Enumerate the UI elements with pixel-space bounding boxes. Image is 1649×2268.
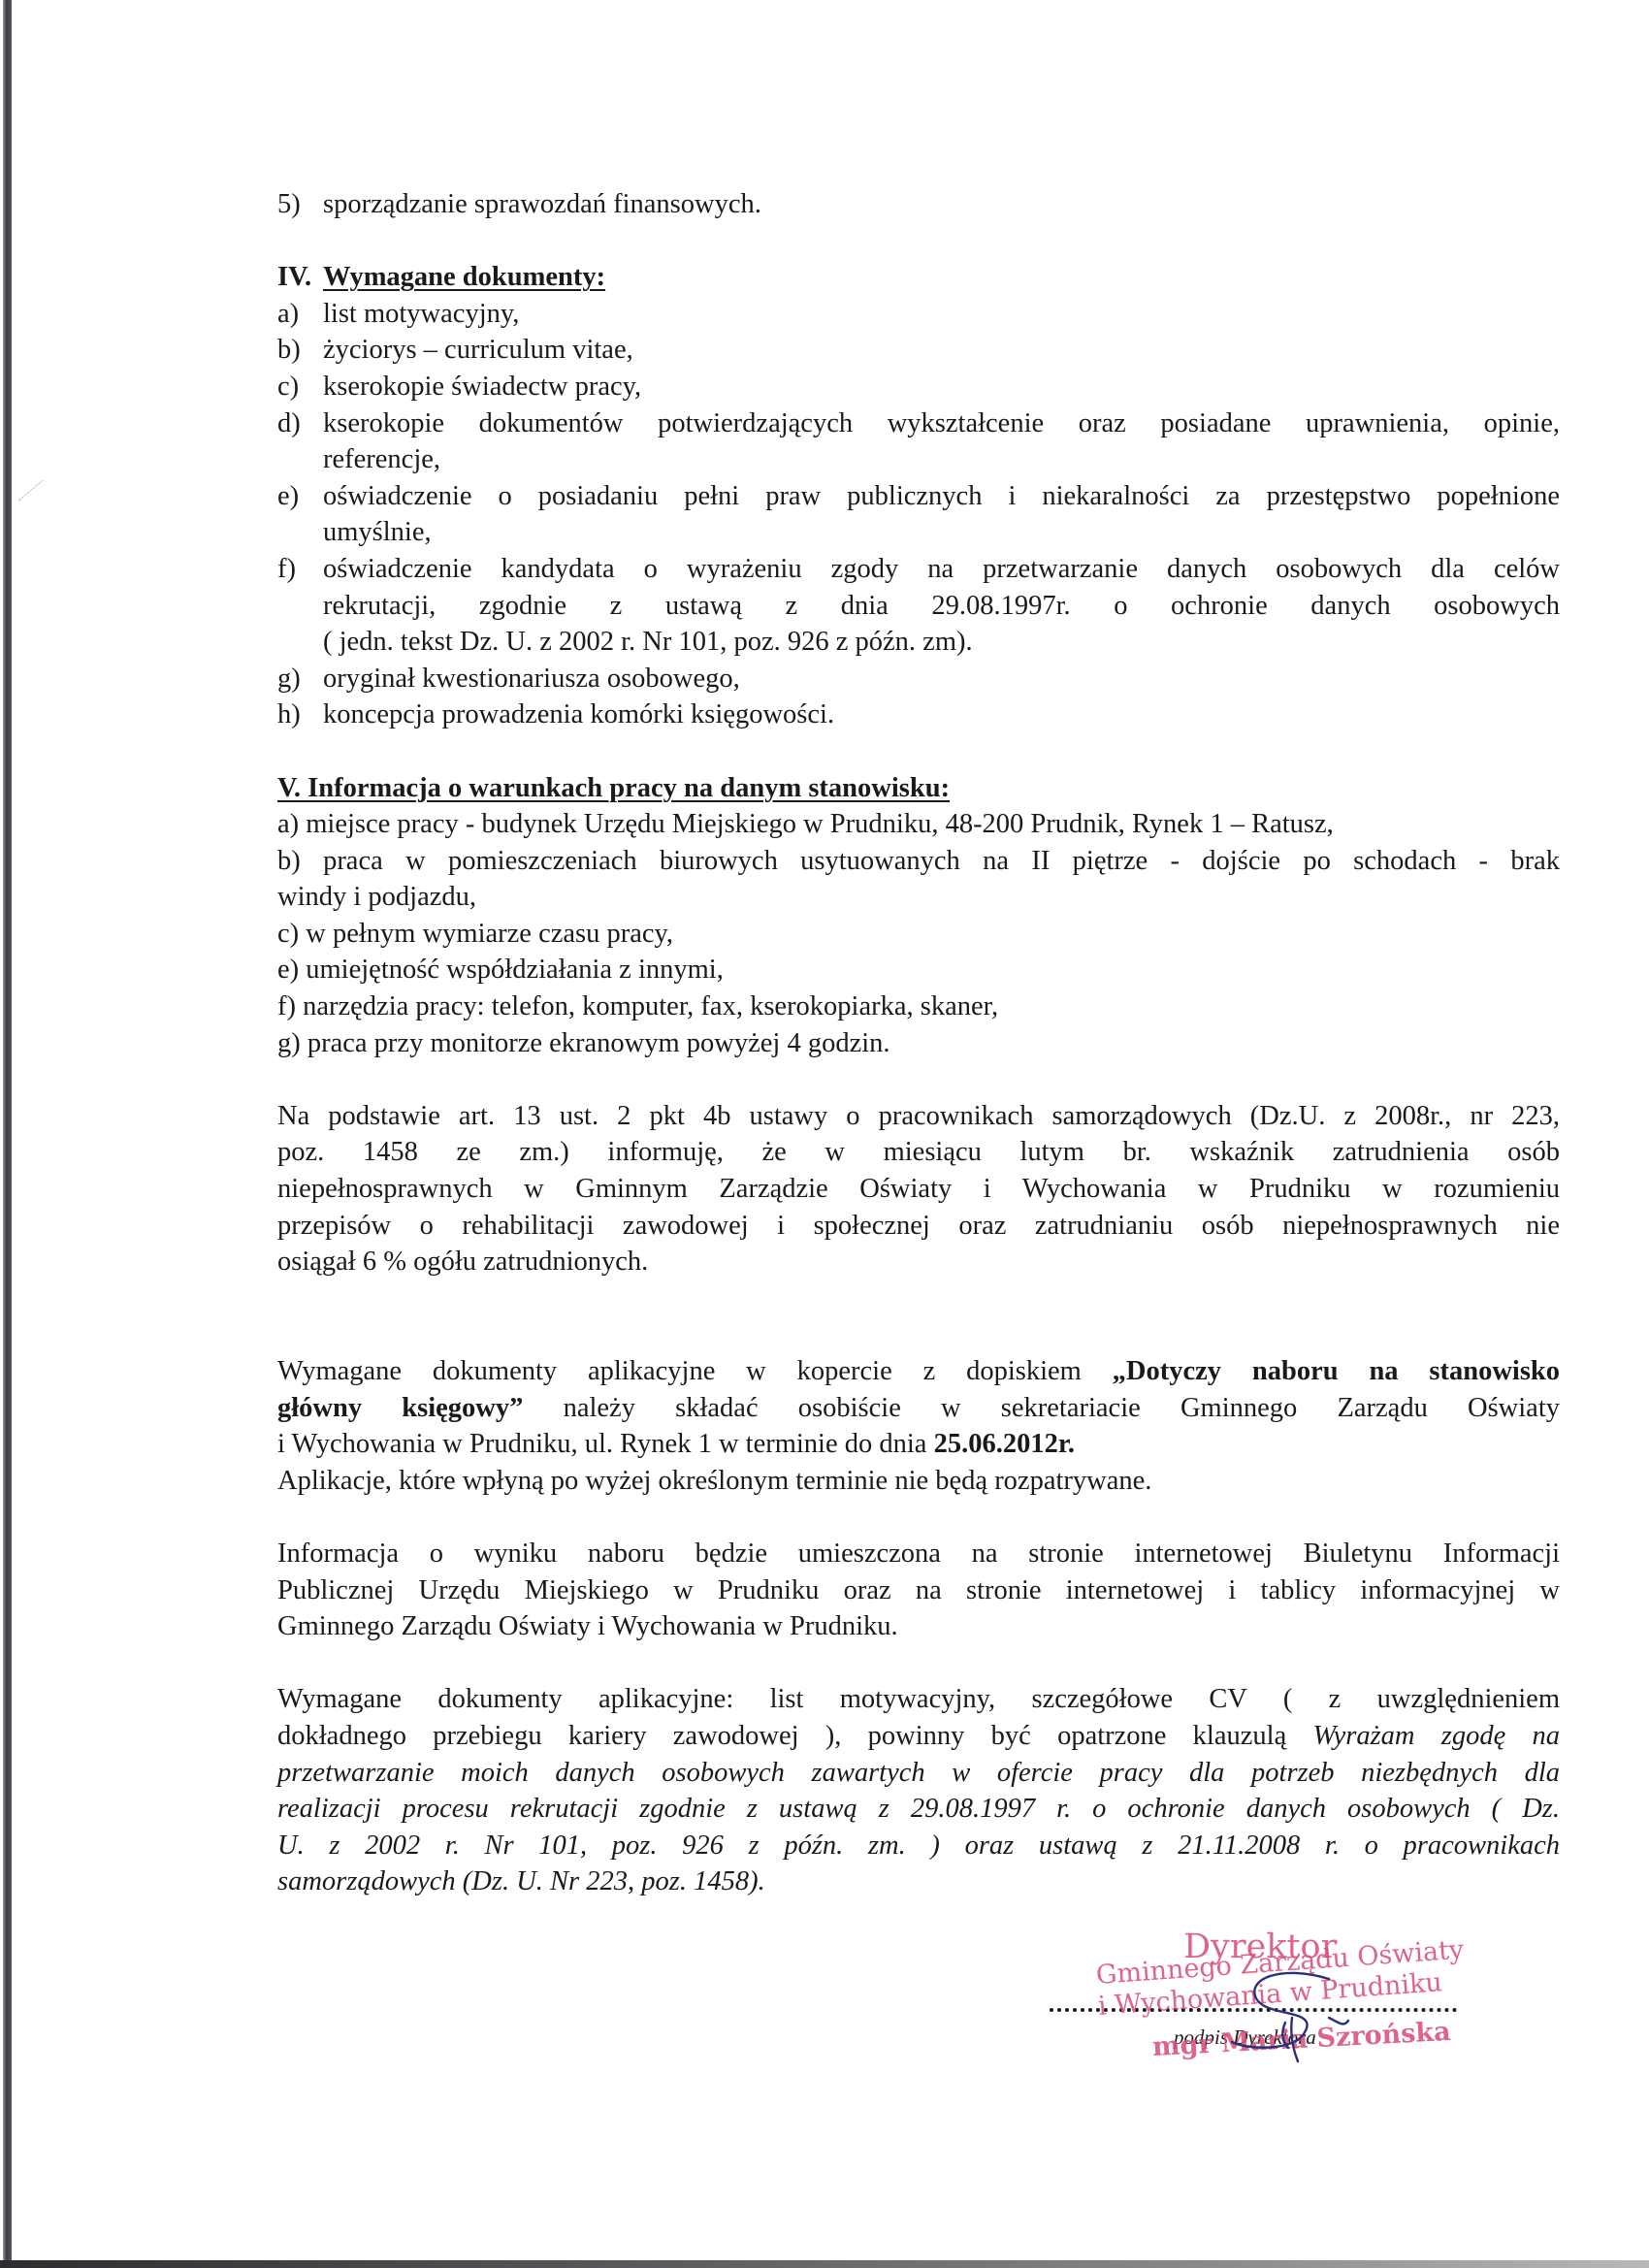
scan-left-edge xyxy=(3,0,12,2268)
item-label: a) xyxy=(277,296,323,333)
section-5-list: a) miejsce pracy - budynek Urzędu Miejsk… xyxy=(277,806,1560,1061)
item-text: list motywacyjny, xyxy=(323,296,1560,333)
item-text: oświadczenie kandydata o wyrażeniu zgody… xyxy=(323,551,1560,661)
section-title: V. Informacja o warunkach pracy na danym… xyxy=(277,773,950,803)
text-line: poz. 1458 ze zm.) informuję, że w miesią… xyxy=(277,1134,1560,1171)
list-item: b)życiorys – curriculum vitae, xyxy=(277,332,1560,369)
list-item-previous: 5) sporządzanie sprawozdań finansowych. xyxy=(277,186,1560,223)
submission-line-2: główny księgowy” należy składać osobiści… xyxy=(277,1390,1560,1427)
submission-line-4: Aplikacje, które wpłyną po wyżej określo… xyxy=(277,1463,1560,1500)
list-item: c)kserokopie świadectw pracy, xyxy=(277,369,1560,405)
submission-paragraph: Wymagane dokumenty aplikacyjne w koperci… xyxy=(277,1353,1560,1499)
list-item: a)list motywacyjny, xyxy=(277,296,1560,333)
item-label: f) xyxy=(277,551,323,661)
text-line: Publicznej Urzędu Miejskiego w Prudniku … xyxy=(277,1572,1560,1609)
submission-line-1: Wymagane dokumenty aplikacyjne w koperci… xyxy=(277,1353,1560,1390)
text-line: Na podstawie art. 13 ust. 2 pkt 4b ustaw… xyxy=(277,1098,1560,1135)
consent-paragraph: Wymagane dokumenty aplikacyjne: list mot… xyxy=(277,1681,1560,1900)
list-item: g)oryginał kwestionariusza osobowego, xyxy=(277,661,1560,697)
list-item: d)kserokopie dokumentów potwierdzających… xyxy=(277,405,1560,478)
item-label: 5) xyxy=(277,186,323,223)
item-text: sporządzanie sprawozdań finansowych. xyxy=(323,186,1560,223)
item-text: oświadczenie o posiadaniu pełni praw pub… xyxy=(323,478,1560,551)
item-text: życiorys – curriculum vitae, xyxy=(323,332,1560,369)
text-line: a) miejsce pracy - budynek Urzędu Miejsk… xyxy=(277,806,1560,843)
handwritten-signature-icon xyxy=(1038,1926,1465,2081)
submission-line-3: i Wychowania w Prudniku, ul. Rynek 1 w t… xyxy=(277,1426,1560,1463)
item-text: kserokopie świadectw pracy, xyxy=(323,369,1560,405)
item-text: koncepcja prowadzenia komórki księgowośc… xyxy=(323,697,1560,733)
list-item: h)koncepcja prowadzenia komórki księgowo… xyxy=(277,697,1560,733)
text-line: e) umiejętność współdziałania z innymi, xyxy=(277,952,1560,988)
document-page: 5) sporządzanie sprawozdań finansowych. … xyxy=(277,186,1560,1900)
text-line: niepełnosprawnych w Gminnym Zarządzie Oś… xyxy=(277,1171,1560,1208)
disability-notice: Na podstawie art. 13 ust. 2 pkt 4b ustaw… xyxy=(277,1098,1560,1280)
text-line: Informacja o wyniku naboru będzie umiesz… xyxy=(277,1536,1560,1572)
text-line: c) w pełnym wymiarze czasu pracy, xyxy=(277,916,1560,953)
scan-bottom-edge xyxy=(0,2260,1649,2268)
item-label: g) xyxy=(277,661,323,697)
section-number: IV. xyxy=(277,259,323,296)
list-item: e)oświadczenie o posiadaniu pełni praw p… xyxy=(277,478,1560,551)
scan-artifact xyxy=(18,480,44,502)
item-label: d) xyxy=(277,405,323,478)
result-info-paragraph: Informacja o wyniku naboru będzie umiesz… xyxy=(277,1536,1560,1645)
item-text: oryginał kwestionariusza osobowego, xyxy=(323,661,1560,697)
item-label: c) xyxy=(277,369,323,405)
item-label: b) xyxy=(277,332,323,369)
text-line: b) praca w pomieszczeniach biurowych usy… xyxy=(277,843,1560,880)
text-line: f) narzędzia pracy: telefon, komputer, f… xyxy=(277,988,1560,1025)
section-4-heading: IV. Wymagane dokumenty: xyxy=(277,259,1560,296)
section-title: Wymagane dokumenty: xyxy=(323,259,605,296)
section-5-heading: V. Informacja o warunkach pracy na danym… xyxy=(277,770,1560,807)
text-line: windy i podjazdu, xyxy=(277,879,1560,916)
text-line: Gminnego Zarządu Oświaty i Wychowania w … xyxy=(277,1608,1560,1645)
section-4-list: a)list motywacyjny,b)życiorys – curricul… xyxy=(277,296,1560,733)
text-line: g) praca przy monitorze ekranowym powyże… xyxy=(277,1025,1560,1062)
text-line: przepisów o rehabilitacji zawodowej i sp… xyxy=(277,1208,1560,1245)
item-text: kserokopie dokumentów potwierdzających w… xyxy=(323,405,1560,478)
item-label: h) xyxy=(277,697,323,733)
list-item: f)oświadczenie kandydata o wyrażeniu zgo… xyxy=(277,551,1560,661)
director-stamp-signature: Dyrektor Gminnego Zarządu Oświaty i Wych… xyxy=(1038,1926,1465,2081)
deadline-date: 25.06.2012r. xyxy=(934,1429,1075,1459)
item-label: e) xyxy=(277,478,323,551)
text-line: osiągał 6 % ogółu zatrudnionych. xyxy=(277,1244,1560,1280)
